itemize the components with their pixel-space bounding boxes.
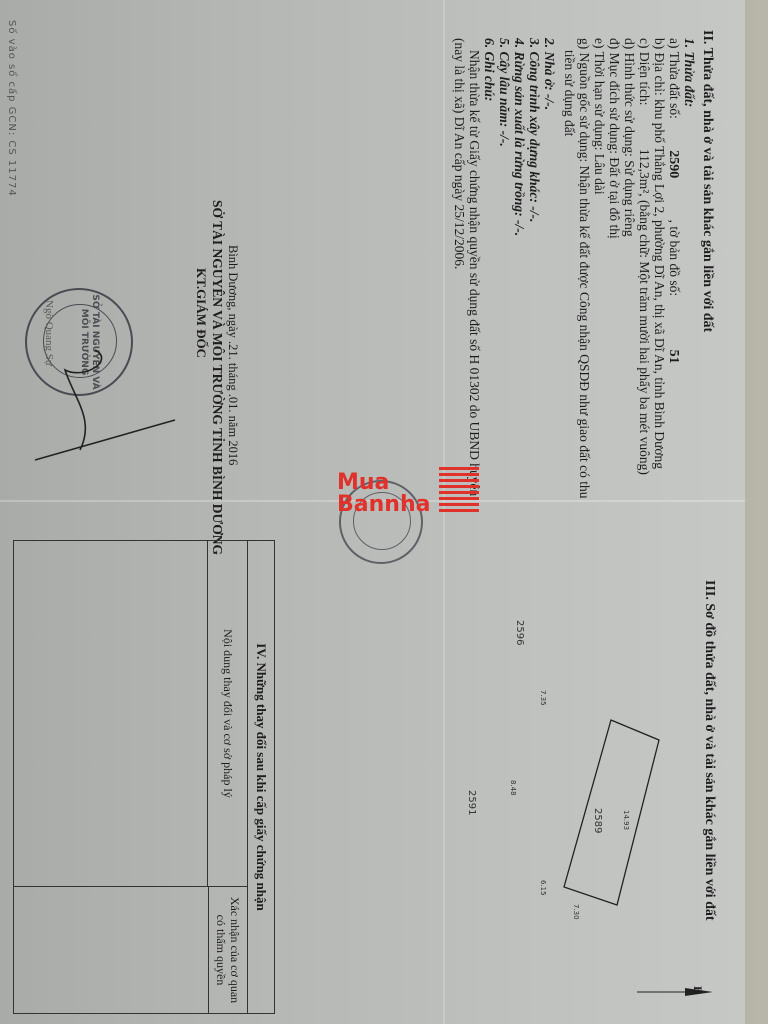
land-certificate-page: II. Thửa đất, nhà ở và tài sản khác gắn …: [0, 0, 745, 1024]
place-date: Bình Dương, ngày .21. tháng .01. năm 201…: [225, 245, 240, 465]
usage-term: e) Thời hạn sử dụng: Lâu dài: [592, 38, 607, 195]
house: 2. Nhà ở: -/-.: [542, 38, 557, 110]
notes-line-2: (nay là thị xã) Dĩ An cấp ngày 25/12/200…: [452, 38, 467, 269]
serial-number: Số vào sổ cấp GCN: CS 11774: [6, 20, 17, 197]
signature-mark: [15, 290, 185, 490]
area-row: c) Diện tích: 112,3m², (bằng chữ: Một tr…: [637, 38, 652, 475]
issuing-authority: SỞ TÀI NGUYÊN VÀ MÔI TRƯỜNG TỈNH BÌNH DƯ…: [210, 200, 225, 555]
north-label: B: [690, 986, 705, 994]
parcel-number-row: a) Thửa đất số: 2590 , tờ bản đồ số: 51: [666, 38, 682, 364]
column-header-changes: Nội dung thay đổi và cơ sở pháp lý: [207, 541, 248, 886]
origin-line-1: g) Nguồn gốc sử dụng: Nhận thừa kế đất đ…: [577, 38, 592, 498]
parcel-number: 2590: [666, 150, 681, 178]
edge-length: 6.15: [539, 880, 547, 896]
section-iii-title: III. Sơ đồ thửa đất, nhà ở và tài sản kh…: [701, 580, 717, 921]
other-works: 3. Công trình xây dựng khác: -/-.: [527, 38, 542, 222]
edge-length: 8.48: [509, 780, 517, 796]
changes-table: IV. Những thay đổi sau khi cấp giấy chứn…: [13, 540, 275, 1014]
map-sheet-number: 51: [666, 350, 681, 364]
column-header-confirmation: Xác nhận của cơ quan có thẩm quyền: [208, 887, 248, 1013]
origin-line-2: tiền sử dụng đất: [562, 50, 577, 136]
edge-length: 14.93: [622, 810, 630, 830]
neighbor-2589: 2589: [592, 808, 603, 833]
neighbor-2596: 2596: [514, 620, 525, 645]
signer-role: KT.GIÁM ĐỐC: [194, 268, 209, 358]
watermark-buildings-icon: [439, 466, 479, 512]
watermark-logo: Mua Bannha: [337, 470, 497, 550]
neighbor-2591: 2591: [466, 790, 477, 815]
map-sheet-label: , tờ bản đồ số:: [667, 220, 682, 297]
parcel-label: a) Thửa đất số:: [667, 38, 682, 119]
address: b) Địa chỉ: khu phố Thắng Lợi 2, phường …: [652, 38, 667, 469]
perennial-trees: 5. Cây lâu năm: -/-.: [497, 38, 512, 147]
watermark-line-2: Bannha: [337, 492, 430, 517]
section-ii-title: II. Thửa đất, nhà ở và tài sản khác gắn …: [699, 30, 715, 332]
edge-length: 7.30: [572, 904, 580, 920]
area-label: c) Diện tích:: [637, 38, 652, 105]
signer-name: Ngô Quang Sự: [43, 300, 55, 366]
usage-purpose: đ) Mục đích sử dụng: Đất ở tại đô thị: [607, 38, 622, 239]
production-forest: 4. Rừng sản xuất là rừng trồng: -/-.: [512, 38, 527, 236]
notes-title: 6. Ghi chú:: [482, 38, 497, 101]
area-value: 112,3m², (bằng chữ: Một trăm mười hai ph…: [637, 149, 652, 475]
usage-form: d) Hình thức sử dụng: Sử dụng riêng: [622, 38, 637, 237]
parcel-subtitle: 1. Thửa đất:: [682, 38, 697, 107]
section-iv-title: IV. Những thay đổi sau khi cấp giấy chứn…: [247, 541, 274, 1013]
notes-line-1: Nhận thừa kế từ Giấy chứng nhận quyền sử…: [467, 50, 482, 496]
edge-length: 7.35: [539, 690, 547, 706]
table-divider: [14, 886, 248, 887]
